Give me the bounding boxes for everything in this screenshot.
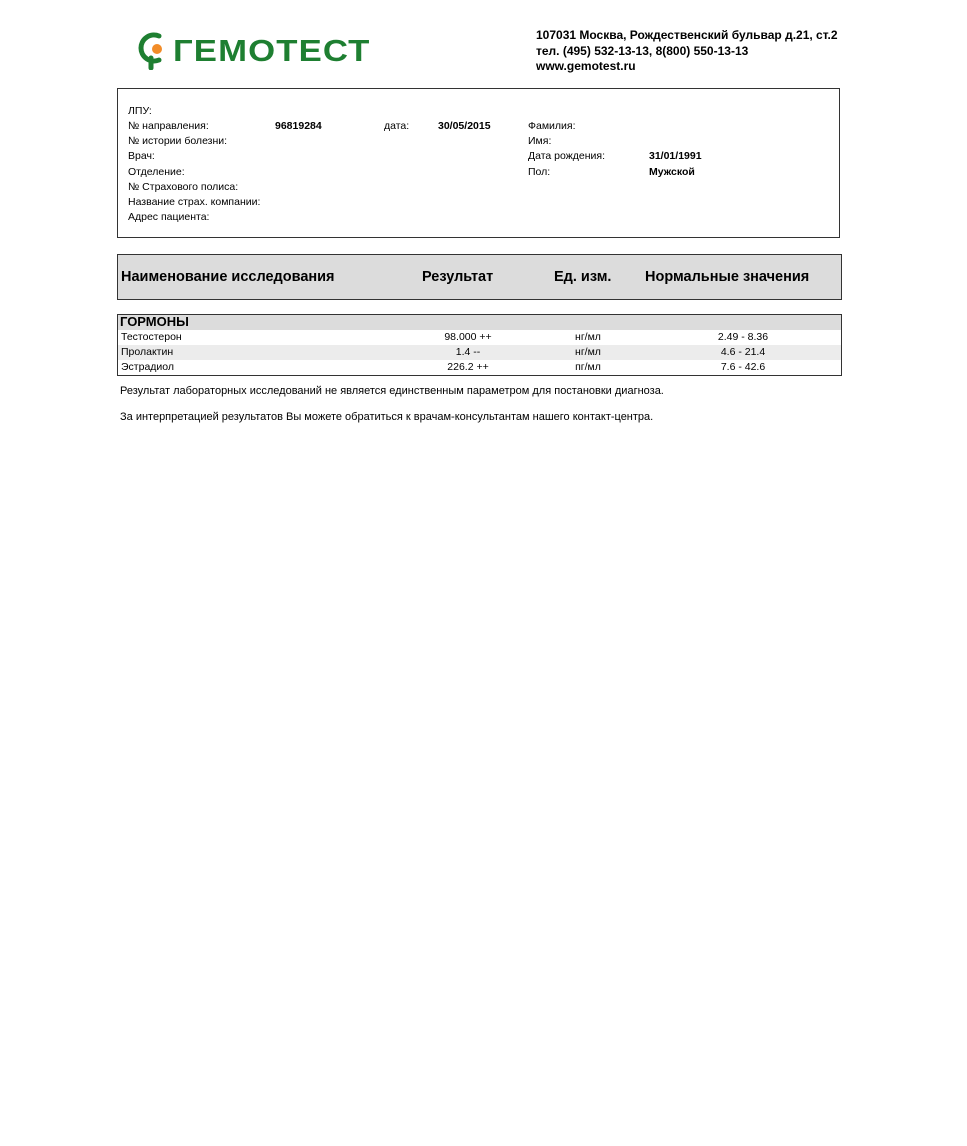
test-unit: нг/мл xyxy=(558,346,618,358)
header-result: Результат xyxy=(422,269,493,285)
sex-label: Пол: xyxy=(528,166,550,178)
test-result: 226.2 ++ xyxy=(428,361,508,373)
logo-mark-icon xyxy=(137,30,171,70)
section-header-hormones: ГОРМОНЫ xyxy=(118,315,841,330)
insurer-label: Название страх. компании: xyxy=(128,196,260,208)
test-name: Эстрадиол xyxy=(121,361,174,373)
department-label: Отделение: xyxy=(128,166,185,178)
header-unit: Ед. изм. xyxy=(554,269,611,285)
section-title: ГОРМОНЫ xyxy=(120,314,189,329)
header-test-name: Наименование исследования xyxy=(121,269,335,285)
test-name: Пролактин xyxy=(121,346,173,358)
results-table: ГОРМОНЫ Тестостерон 98.000 ++ нг/мл 2.49… xyxy=(117,314,842,376)
gemotest-logo: ГЕМОТЕСТ xyxy=(137,28,349,72)
surname-label: Фамилия: xyxy=(528,120,576,132)
consultation-note: За интерпретацией результатов Вы можете … xyxy=(120,411,653,423)
patient-address-label: Адрес пациента: xyxy=(128,211,209,223)
test-norm: 4.6 - 21.4 xyxy=(698,346,788,358)
table-row: Пролактин 1.4 -- нг/мл 4.6 - 21.4 xyxy=(118,345,841,360)
referral-value: 96819284 xyxy=(275,120,322,132)
test-name: Тестостерон xyxy=(121,331,182,343)
lpu-label: ЛПУ: xyxy=(128,105,152,117)
test-unit: пг/мл xyxy=(558,361,618,373)
patient-info-box: ЛПУ: № направления: 96819284 дата: 30/05… xyxy=(117,88,840,238)
date-label: дата: xyxy=(384,120,409,132)
table-row: Эстрадиол 226.2 ++ пг/мл 7.6 - 42.6 xyxy=(118,360,841,375)
lab-website: www.gemotest.ru xyxy=(536,59,838,75)
header-norm: Нормальные значения xyxy=(645,269,809,285)
birthdate-label: Дата рождения: xyxy=(528,150,605,162)
lab-contact-info: 107031 Москва, Рождественский бульвар д.… xyxy=(536,28,838,75)
test-result: 1.4 -- xyxy=(428,346,508,358)
referral-label: № направления: xyxy=(128,120,209,132)
test-norm: 7.6 - 42.6 xyxy=(698,361,788,373)
lab-address: 107031 Москва, Рождественский бульвар д.… xyxy=(536,28,838,44)
birthdate-value: 31/01/1991 xyxy=(649,150,702,162)
test-result: 98.000 ++ xyxy=(428,331,508,343)
results-column-header: Наименование исследования Результат Ед. … xyxy=(117,254,842,300)
sex-value: Мужской xyxy=(649,166,695,178)
test-unit: нг/мл xyxy=(558,331,618,343)
disclaimer-note: Результат лабораторных исследований не я… xyxy=(120,385,664,397)
history-label: № истории болезни: xyxy=(128,135,227,147)
date-value: 30/05/2015 xyxy=(438,120,491,132)
table-row: Тестостерон 98.000 ++ нг/мл 2.49 - 8.36 xyxy=(118,330,841,345)
logo-text: ГЕМОТЕСТ xyxy=(173,35,371,66)
name-label: Имя: xyxy=(528,135,551,147)
doctor-label: Врач: xyxy=(128,150,155,162)
lab-phone: тел. (495) 532-13-13, 8(800) 550-13-13 xyxy=(536,44,838,60)
policy-label: № Страхового полиса: xyxy=(128,181,238,193)
test-norm: 2.49 - 8.36 xyxy=(698,331,788,343)
